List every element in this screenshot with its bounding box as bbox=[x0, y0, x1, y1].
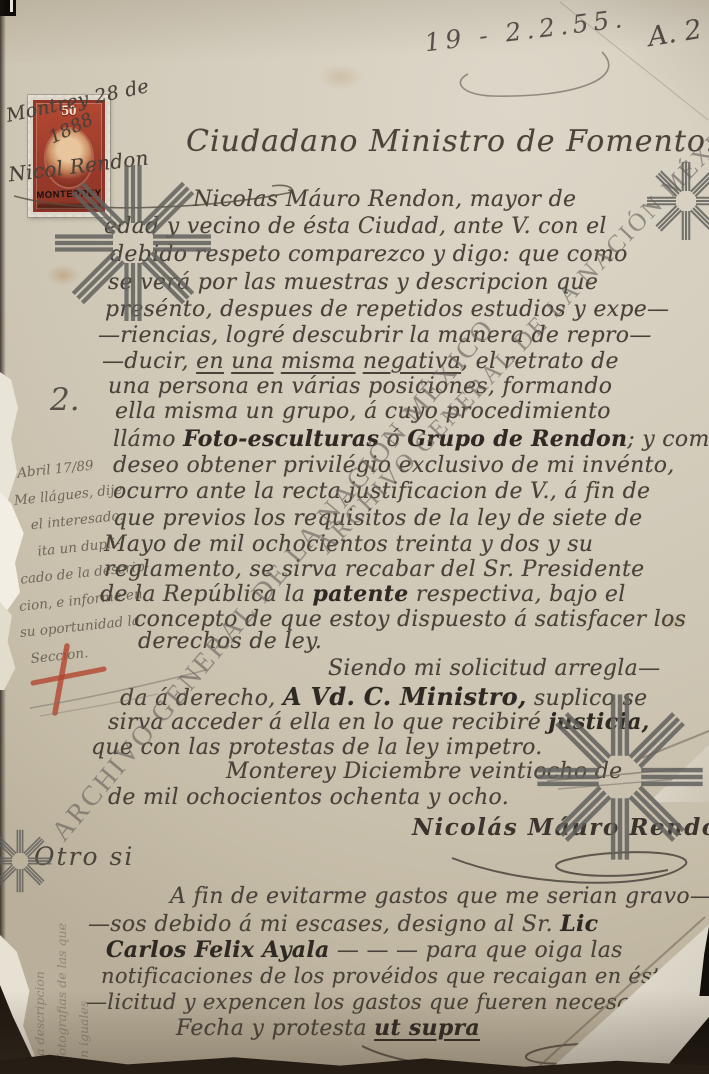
manuscript-line: Nicolas Máuro Rendon, mayor de bbox=[193, 189, 576, 211]
manuscript-line: Monterey Diciembre veintiocho de bbox=[226, 761, 623, 783]
manuscript-line: de la República la patente respectiva, b… bbox=[100, 583, 626, 606]
manuscript-line: sirva acceder á ella en lo que recibiré … bbox=[108, 711, 650, 734]
manuscript-line: llámo Foto-esculturas ó Grupo de Rendon;… bbox=[113, 428, 709, 451]
manuscript-line: concepto de que estoy dispuesto á satisf… bbox=[134, 609, 686, 631]
document-title: Ciudadano Ministro de Fomento. bbox=[186, 124, 709, 159]
manuscript-line: que con las protestas de la ley impetro. bbox=[91, 737, 543, 759]
sheet-number: 2. bbox=[50, 382, 80, 418]
stamp-cancellation-smudge bbox=[37, 204, 102, 209]
manuscript-line: presénto, despues de repetidos estudios … bbox=[105, 299, 669, 321]
paper-stain bbox=[318, 64, 364, 90]
manuscript-line: deseo obtener privilégio exclusivo de mi… bbox=[113, 455, 675, 477]
stamp-overprint: MONTERREY bbox=[33, 188, 105, 202]
manuscript-line: que previos los requisitos de la ley de … bbox=[113, 508, 642, 530]
manuscript-line: de mil ochocientos ochenta y ocho. bbox=[108, 787, 509, 809]
otrosi-label: Otro si bbox=[34, 842, 134, 871]
otrosi-line: —sos debido á mi escases, designo al Sr.… bbox=[88, 913, 598, 936]
otrosi-line: A fin de evitarme gastos que me serian g… bbox=[170, 886, 709, 908]
paper-edge-highlight bbox=[10, 0, 13, 12]
otrosi-line: Carlos Felix Ayala — — — para que oiga l… bbox=[106, 939, 623, 962]
manuscript-line: reglamento, se sirva recabar del Sr. Pre… bbox=[104, 559, 644, 581]
manuscript-line: —riencias, logré descubrir la manera de … bbox=[98, 325, 652, 347]
manuscript-line: da á derecho, A Vd. C. Ministro, suplico… bbox=[120, 685, 647, 710]
paper-stain bbox=[46, 264, 80, 286]
manuscript-line: Mayo de mil ochocientos treinta y dos y … bbox=[104, 534, 593, 556]
manuscript-line: ocurro ante la recta justificacion de V.… bbox=[113, 481, 650, 503]
manuscript-line: se verá por las muestras y descripcion q… bbox=[108, 272, 598, 294]
otrosi-line: notificaciones de los provéidos que reca… bbox=[101, 966, 709, 987]
manuscript-line: ella misma un grupo, á cuyo procedimient… bbox=[115, 401, 611, 423]
manuscript-line: edad y vecino de ésta Ciudad, ante V. co… bbox=[104, 216, 607, 238]
paper-shading-bottom bbox=[0, 990, 709, 1074]
signature-name: Nicolás Máuro Rendon bbox=[412, 814, 709, 841]
manuscript-line: derechos de ley. bbox=[138, 631, 322, 653]
manuscript-line: una persona en várias posiciones, forman… bbox=[108, 376, 612, 398]
scanned-manuscript-page: 50 MONTERREY 19 - 2.2.55. A. 2 Ciudadano… bbox=[0, 0, 709, 1074]
manuscript-line: Siendo mi solicitud arregla— bbox=[328, 658, 660, 680]
manuscript-line: debido respeto comparezco y digo: que co… bbox=[110, 244, 628, 266]
manuscript-line: —ducir, en una misma negativa, el retrat… bbox=[102, 351, 619, 373]
